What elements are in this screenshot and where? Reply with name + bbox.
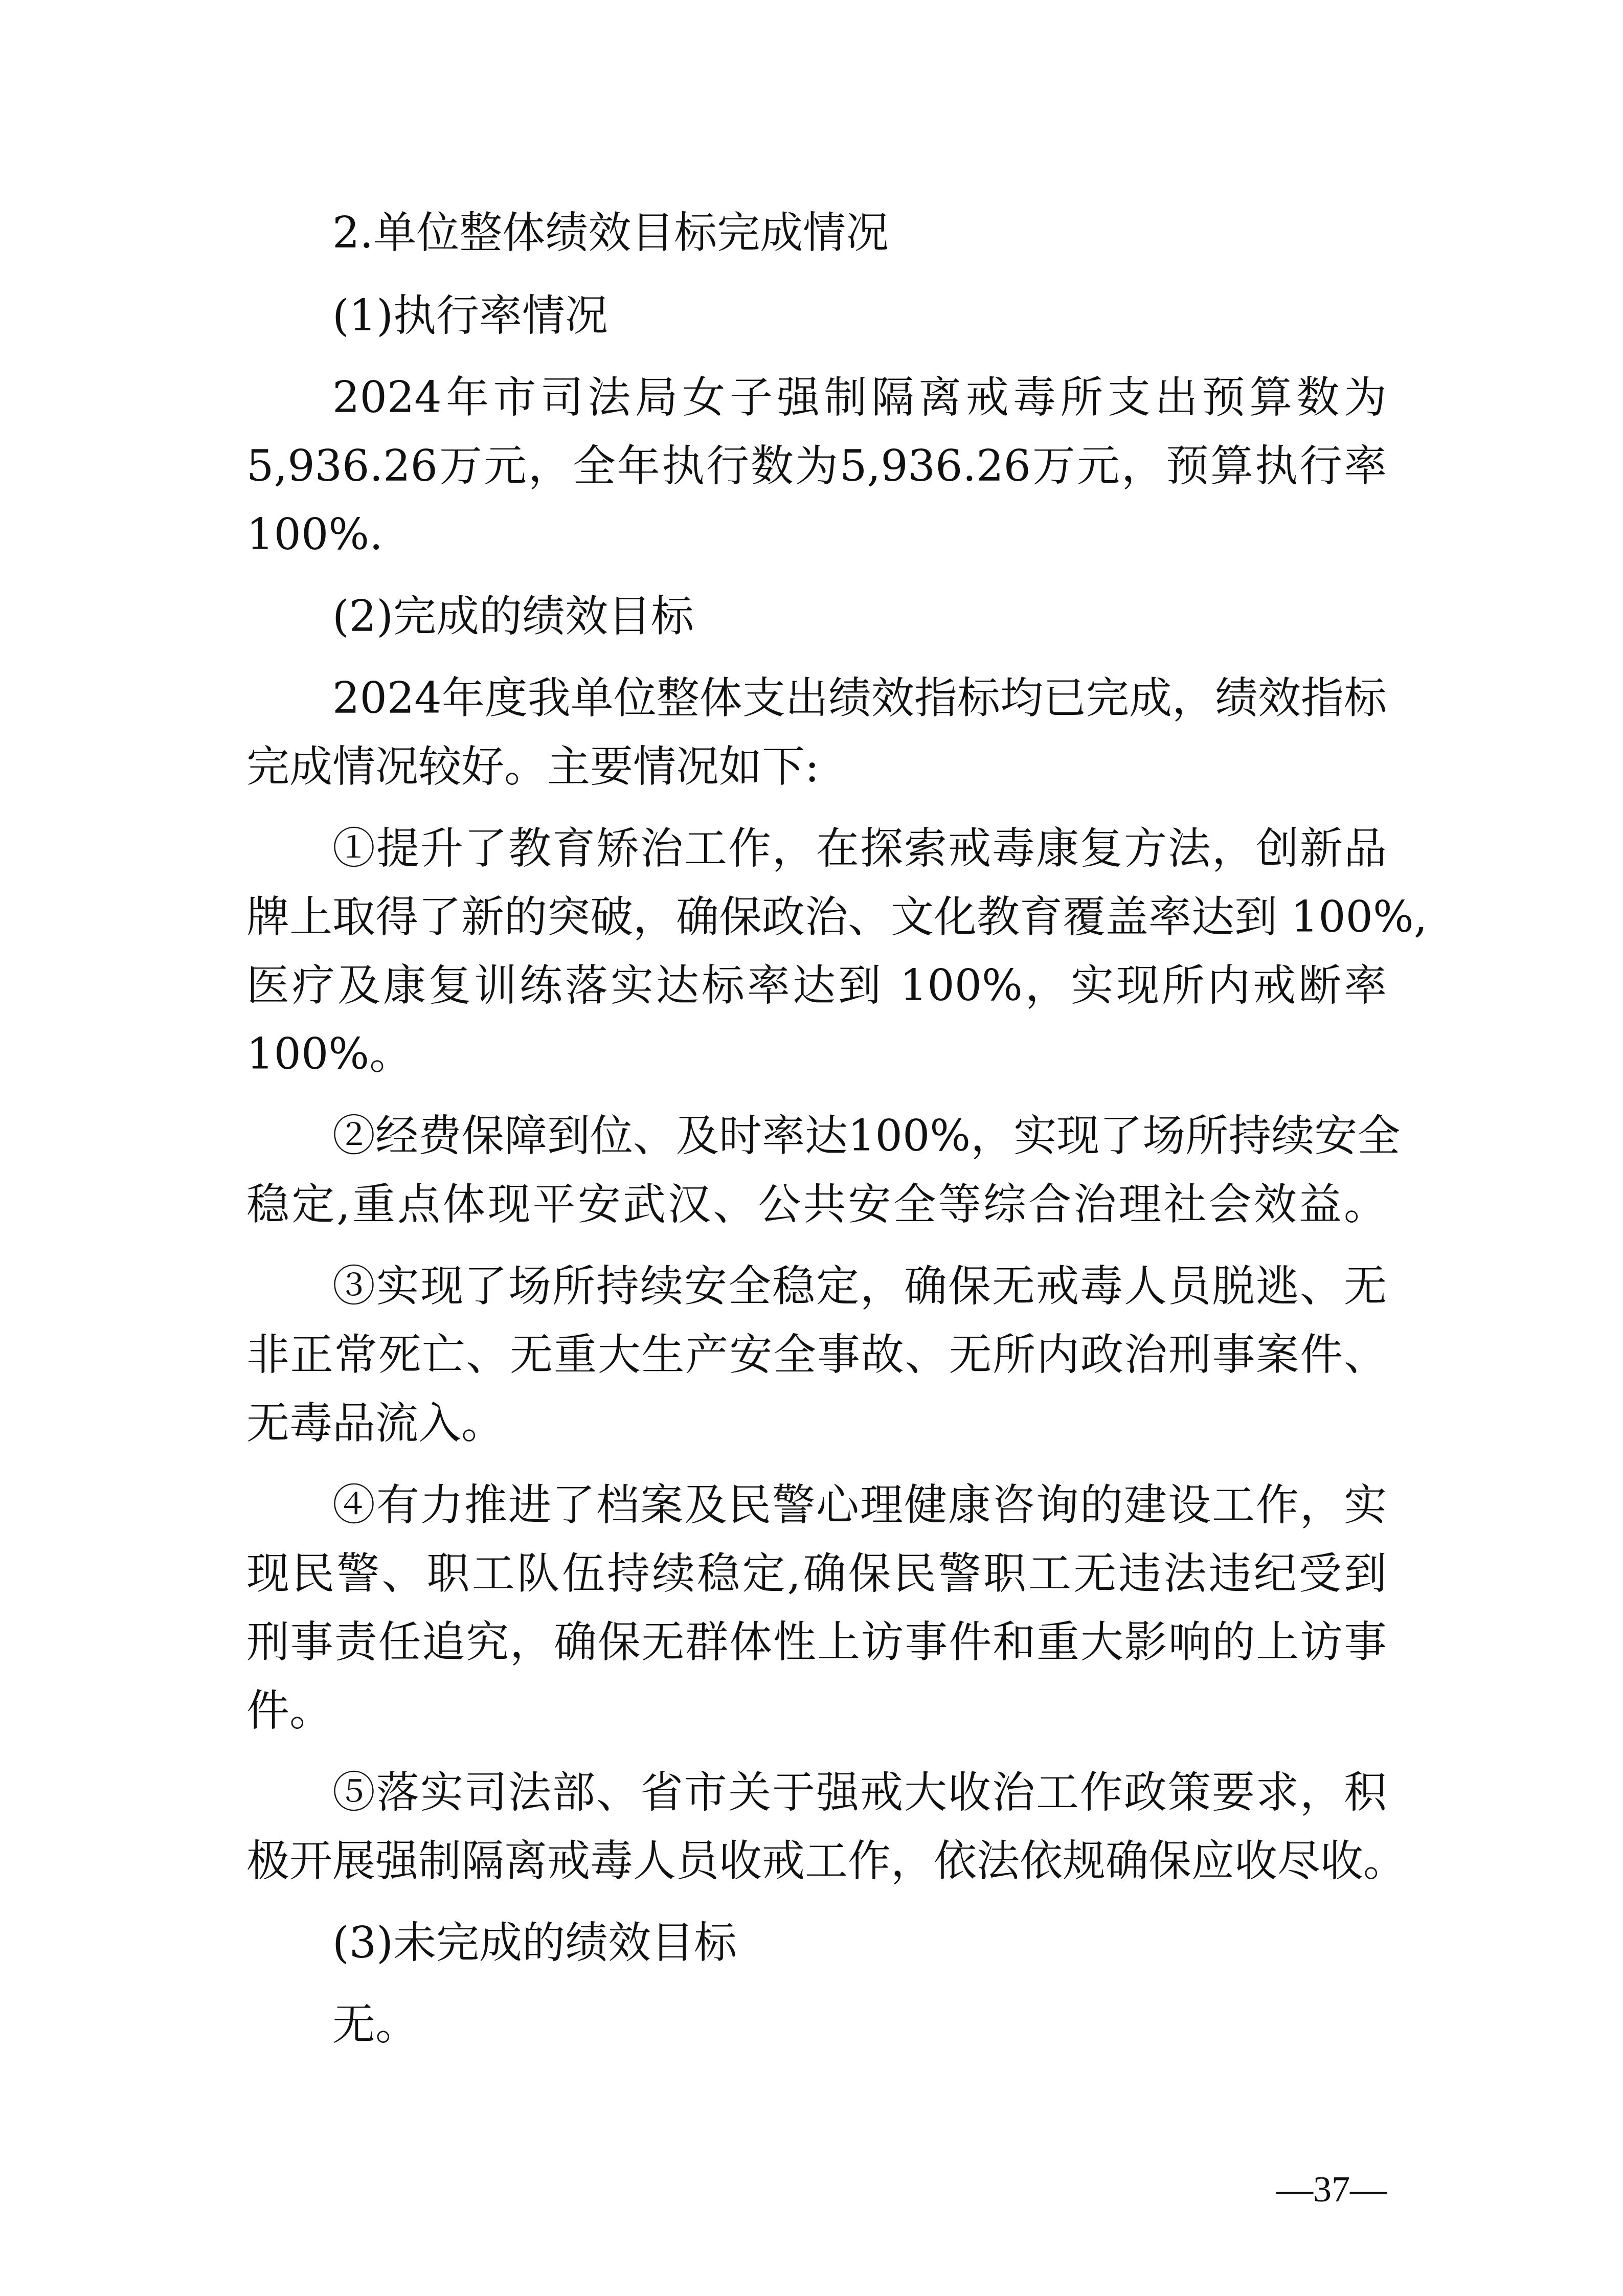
list-item-3-line: ③实现了场所持续安全稳定，确保无戒毒人员脱逃、无 bbox=[332, 1258, 1387, 1314]
subsection-heading-1: (1)执行率情况 bbox=[332, 287, 1387, 344]
list-item-1-line: 牌上取得了新的突破，确保政治、文化教育覆盖率达到 100%, bbox=[246, 889, 1387, 945]
paragraph-line: 无。 bbox=[332, 1996, 1387, 2053]
list-item-3-line: 无毒品流入。 bbox=[246, 1395, 1387, 1451]
list-item-5-line: 极开展强制隔离戒毒人员收戒工作，依法依规确保应收尽收。 bbox=[246, 1833, 1387, 1889]
paragraph-line: 100%. bbox=[246, 506, 1387, 562]
section-heading: 2.单位整体绩效目标完成情况 bbox=[332, 205, 1387, 261]
list-item-1-line: 100%。 bbox=[246, 1026, 1387, 1082]
paragraph-line: 完成情况较好。主要情况如下: bbox=[246, 738, 1387, 795]
document-page: 2.单位整体绩效目标完成情况 (1)执行率情况 2024年市司法局女子强制隔离戒… bbox=[0, 0, 1623, 2296]
page-number: —37— bbox=[1268, 2168, 1387, 2211]
list-item-1-line: ①提升了教育矫治工作，在探索戒毒康复方法，创新品 bbox=[332, 820, 1387, 876]
paragraph-line: 2024年市司法局女子强制隔离戒毒所支出预算数为 bbox=[332, 369, 1387, 425]
list-item-4-line: 刑事责任追究，确保无群体性上访事件和重大影响的上访事 bbox=[246, 1614, 1387, 1670]
list-item-2-line: 稳定,重点体现平安武汉、公共安全等综合治理社会效益。 bbox=[246, 1176, 1387, 1232]
list-item-1-line: 医疗及康复训练落实达标率达到 100%，实现所内戒断率 bbox=[246, 957, 1387, 1014]
list-item-3-line: 非正常死亡、无重大生产安全事故、无所内政治刑事案件、 bbox=[246, 1326, 1387, 1383]
list-item-4-line: ④有力推进了档案及民警心理健康咨询的建设工作，实 bbox=[332, 1477, 1387, 1533]
list-item-2-line: ②经费保障到位、及时率达100%，实现了场所持续安全 bbox=[332, 1108, 1387, 1164]
list-item-4-line: 现民警、职工队伍持续稳定,确保民警职工无违法违纪受到 bbox=[246, 1545, 1387, 1602]
subsection-heading-3: (3)未完成的绩效目标 bbox=[332, 1915, 1387, 1971]
list-item-4-line: 件。 bbox=[246, 1682, 1387, 1739]
subsection-heading-2: (2)完成的绩效目标 bbox=[332, 588, 1387, 644]
paragraph-line: 2024年度我单位整体支出绩效指标均已完成，绩效指标 bbox=[332, 670, 1387, 726]
paragraph-line: 5,936.26万元，全年执行数为5,936.26万元，预算执行率 bbox=[246, 438, 1387, 494]
list-item-5-line: ⑤落实司法部、省市关于强戒大收治工作政策要求，积 bbox=[332, 1764, 1387, 1820]
